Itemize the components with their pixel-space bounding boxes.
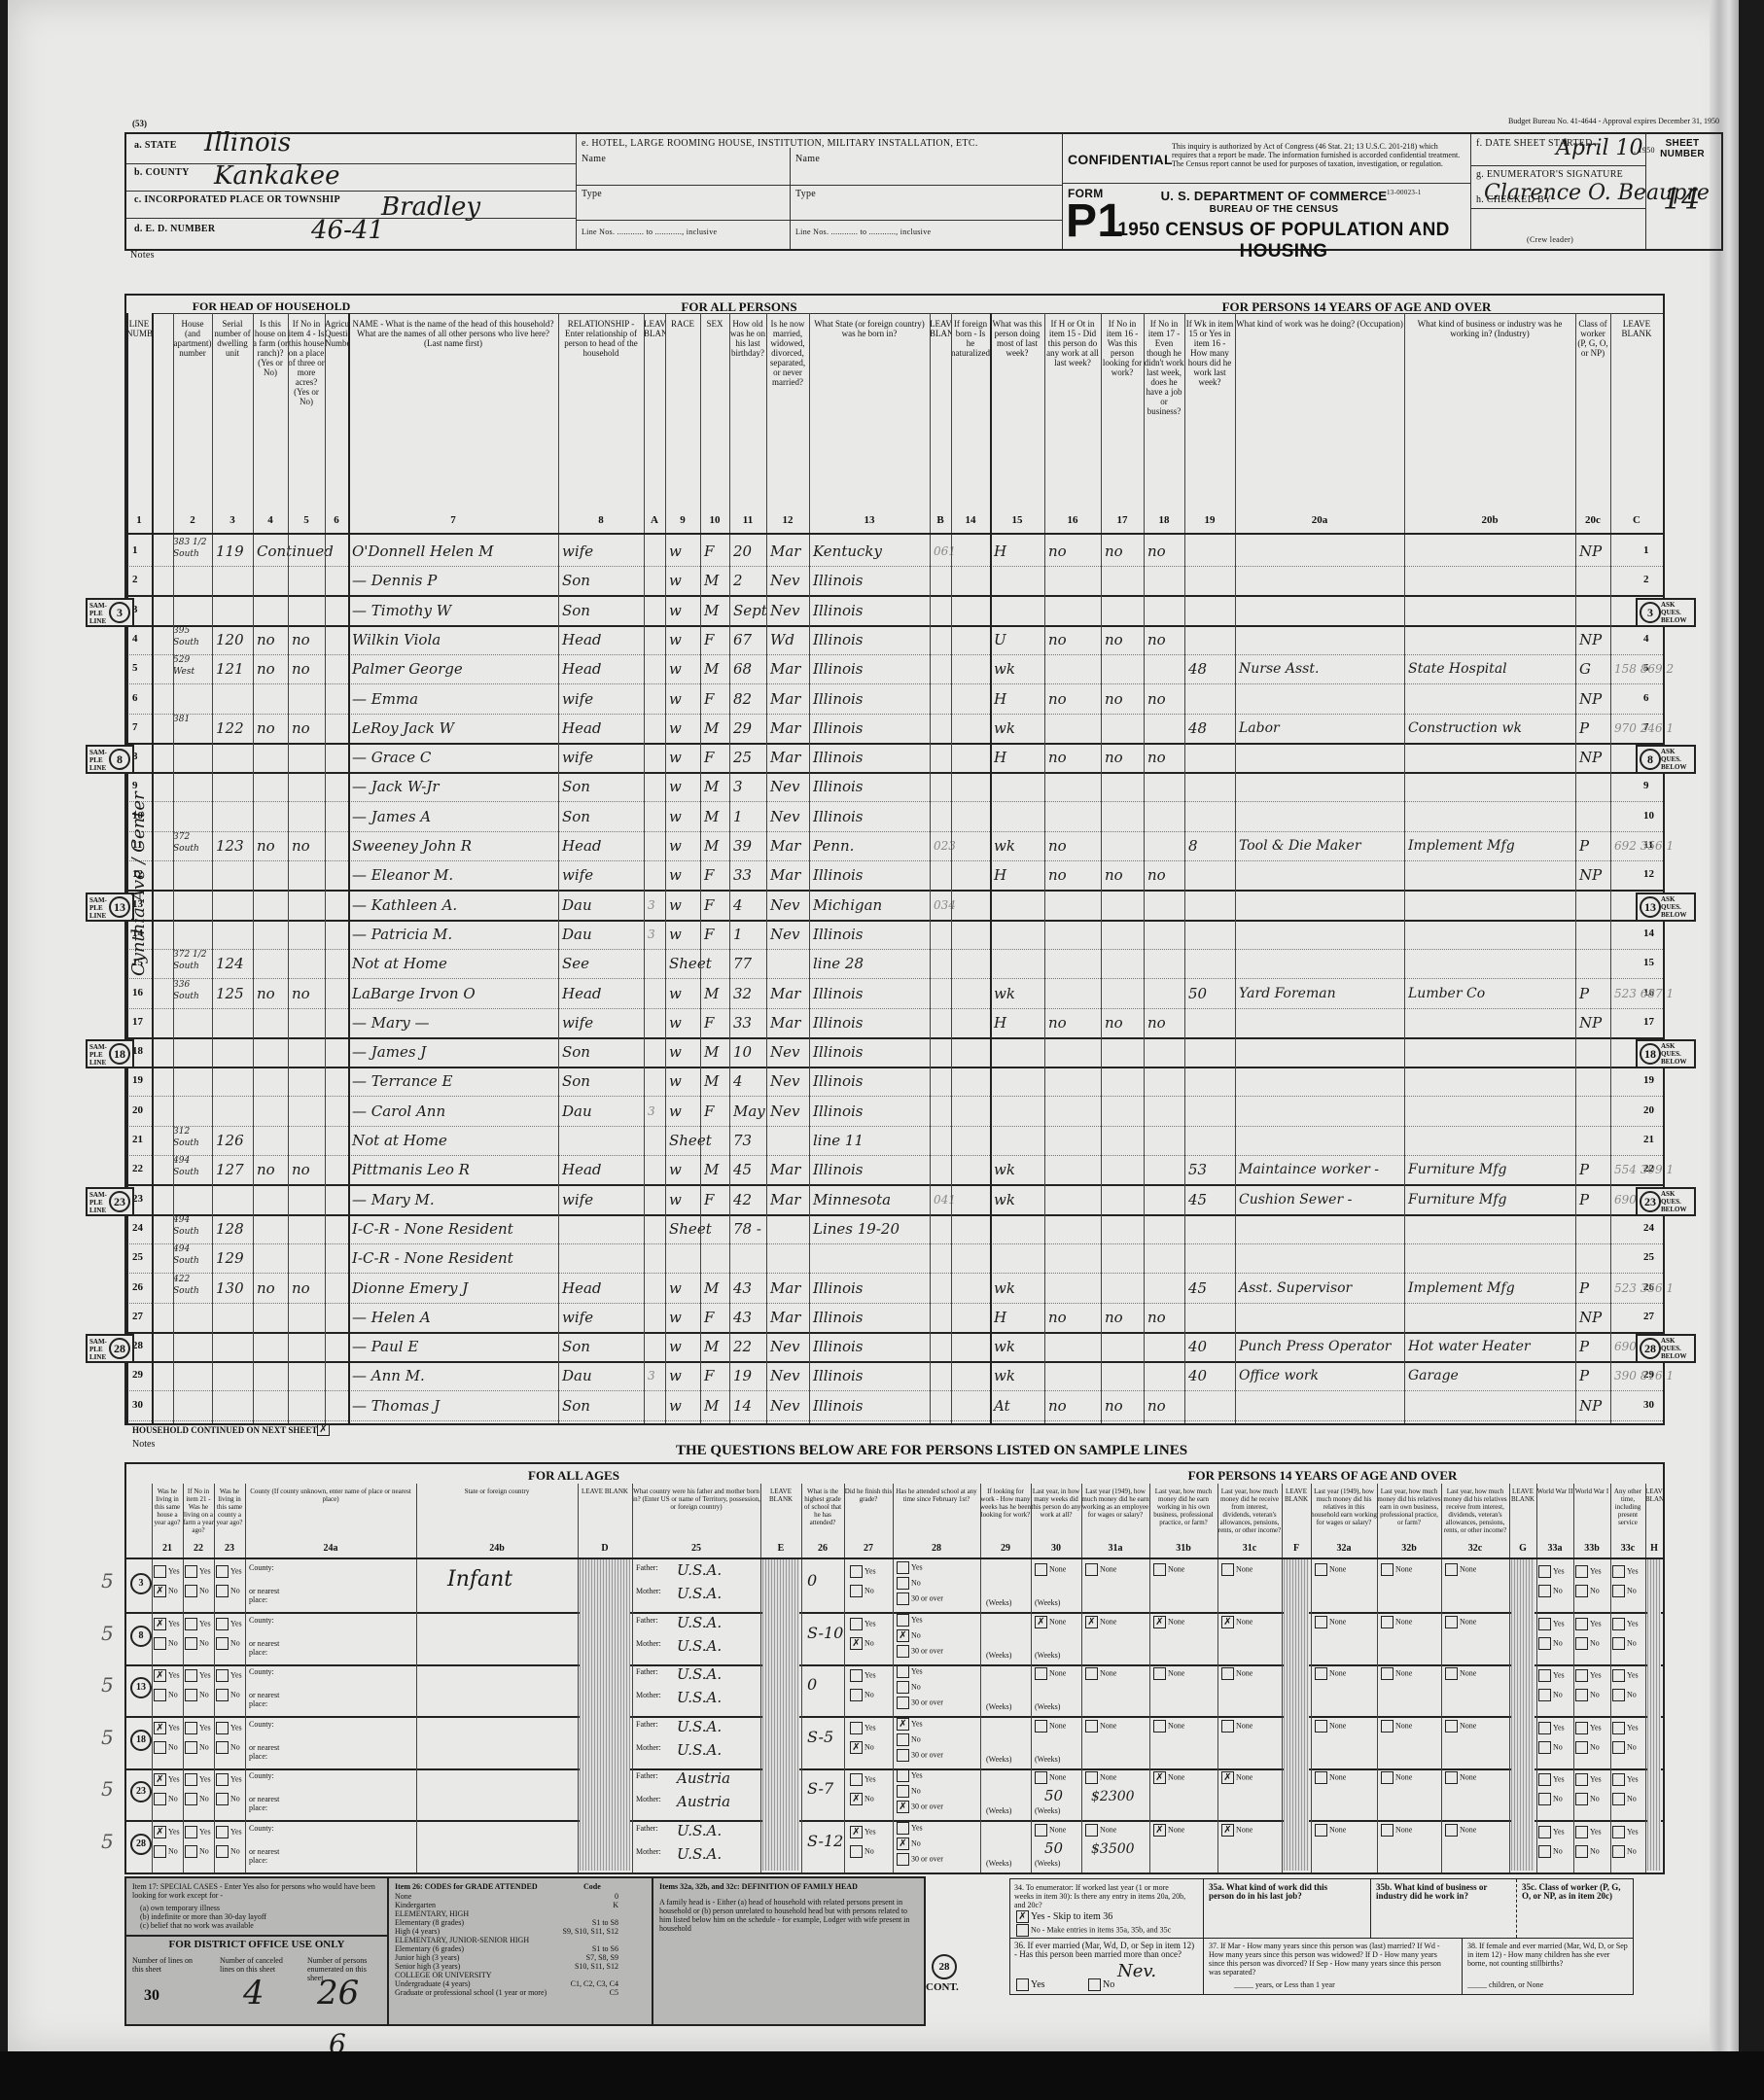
- checkbox[interactable]: ✗: [1221, 1771, 1234, 1784]
- checkbox[interactable]: [185, 1741, 197, 1754]
- sample-row: 235✗YesNoYesNoYesNoCounty:or nearest pla…: [126, 1767, 1663, 1822]
- q32a-none[interactable]: None: [1315, 1667, 1346, 1680]
- checkbox[interactable]: [1575, 1637, 1588, 1650]
- checkbox[interactable]: ✗: [1221, 1616, 1234, 1628]
- checkbox[interactable]: [154, 1689, 166, 1701]
- checkbox[interactable]: [1035, 1667, 1047, 1680]
- checkbox[interactable]: [1575, 1741, 1588, 1754]
- q27-yes[interactable]: Yes: [850, 1618, 876, 1630]
- checkbox[interactable]: [1035, 1824, 1047, 1837]
- q33b-no[interactable]: No: [1575, 1845, 1600, 1858]
- checkbox[interactable]: [897, 1681, 909, 1694]
- checkbox[interactable]: ✗: [154, 1618, 166, 1630]
- household-continued-checkbox[interactable]: ✗: [317, 1423, 330, 1436]
- checkbox[interactable]: [1153, 1563, 1166, 1576]
- q32c-none[interactable]: None: [1445, 1616, 1476, 1628]
- checkbox[interactable]: [897, 1645, 909, 1658]
- q28-no[interactable]: No: [897, 1577, 921, 1590]
- q33c-no[interactable]: No: [1612, 1845, 1637, 1858]
- checkbox[interactable]: [897, 1749, 909, 1762]
- cell-marital: Nev: [770, 1332, 809, 1359]
- q27-no[interactable]: No: [850, 1689, 874, 1701]
- q32c-none[interactable]: None: [1445, 1824, 1476, 1837]
- q33c-no[interactable]: No: [1612, 1585, 1637, 1597]
- checkbox[interactable]: [1575, 1722, 1588, 1734]
- q32c-none[interactable]: None: [1445, 1720, 1476, 1732]
- checkbox[interactable]: ✗: [154, 1669, 166, 1682]
- checkbox[interactable]: [216, 1773, 229, 1786]
- q27-yes[interactable]: Yes: [850, 1773, 876, 1786]
- checkbox[interactable]: ✗: [897, 1629, 909, 1642]
- q31b-none[interactable]: None: [1153, 1720, 1184, 1732]
- checkbox[interactable]: [850, 1722, 863, 1734]
- q30-none[interactable]: None: [1035, 1771, 1066, 1784]
- q33c-no[interactable]: No: [1612, 1741, 1637, 1754]
- q33a-yes[interactable]: Yes: [1538, 1773, 1565, 1786]
- q33a-yes[interactable]: Yes: [1538, 1669, 1565, 1682]
- checkbox[interactable]: [850, 1585, 863, 1597]
- q21-no[interactable]: No: [154, 1741, 178, 1754]
- checkbox[interactable]: [185, 1722, 197, 1734]
- q33b-no[interactable]: No: [1575, 1741, 1600, 1754]
- q23-yes[interactable]: Yes: [216, 1773, 242, 1786]
- checkbox[interactable]: [216, 1689, 229, 1701]
- checkbox[interactable]: [1538, 1618, 1551, 1630]
- q31a-none[interactable]: None: [1085, 1667, 1116, 1680]
- checkbox[interactable]: [1538, 1741, 1551, 1754]
- checkbox[interactable]: [1612, 1565, 1625, 1578]
- checkbox[interactable]: [154, 1845, 166, 1858]
- checkbox[interactable]: [154, 1565, 166, 1578]
- checkbox[interactable]: [1153, 1667, 1166, 1680]
- checkbox[interactable]: [1538, 1722, 1551, 1734]
- checkbox[interactable]: [1445, 1771, 1458, 1784]
- q31c-none[interactable]: None: [1221, 1563, 1252, 1576]
- checkbox[interactable]: [1315, 1616, 1327, 1628]
- checkbox[interactable]: [1538, 1637, 1551, 1650]
- q23-no[interactable]: No: [216, 1845, 240, 1858]
- q33b-no[interactable]: No: [1575, 1637, 1600, 1650]
- q28-no[interactable]: No: [897, 1681, 921, 1694]
- checkbox[interactable]: [1575, 1773, 1588, 1786]
- checkbox[interactable]: ✗: [850, 1637, 863, 1650]
- checkbox[interactable]: [850, 1669, 863, 1682]
- q30-none[interactable]: None: [1035, 1667, 1066, 1680]
- checkbox[interactable]: ✗: [154, 1585, 166, 1597]
- checkbox[interactable]: [1575, 1669, 1588, 1682]
- q27-yes[interactable]: Yes: [850, 1565, 876, 1578]
- checkbox[interactable]: [1381, 1824, 1394, 1837]
- checkbox[interactable]: [897, 1853, 909, 1866]
- q27-yes[interactable]: ✗Yes: [850, 1826, 876, 1838]
- q23-yes[interactable]: Yes: [216, 1722, 242, 1734]
- checkbox[interactable]: [1575, 1793, 1588, 1805]
- q28-30-or-over[interactable]: ✗30 or over: [897, 1801, 943, 1813]
- q21-yes[interactable]: Yes: [154, 1565, 180, 1578]
- checkbox[interactable]: [1612, 1741, 1625, 1754]
- checkbox[interactable]: [897, 1733, 909, 1746]
- q28-30-or-over[interactable]: 30 or over: [897, 1697, 943, 1709]
- checkbox[interactable]: [1315, 1771, 1327, 1784]
- q28-yes[interactable]: Yes: [897, 1769, 923, 1782]
- q32b-none[interactable]: None: [1381, 1563, 1412, 1576]
- checkbox[interactable]: [1538, 1689, 1551, 1701]
- q27-yes[interactable]: Yes: [850, 1669, 876, 1682]
- checkbox[interactable]: [1575, 1618, 1588, 1630]
- q30-none[interactable]: None: [1035, 1824, 1066, 1837]
- checkbox[interactable]: ✗: [850, 1826, 863, 1838]
- q36-no[interactable]: No: [1088, 1978, 1114, 1991]
- checkbox[interactable]: [850, 1773, 863, 1786]
- checkbox[interactable]: [1612, 1793, 1625, 1805]
- checkbox[interactable]: [185, 1637, 197, 1650]
- checkbox[interactable]: [1035, 1563, 1047, 1576]
- q33c-yes[interactable]: Yes: [1612, 1618, 1639, 1630]
- q23-no[interactable]: No: [216, 1793, 240, 1805]
- checkbox[interactable]: [1153, 1720, 1166, 1732]
- checkbox[interactable]: [1381, 1771, 1394, 1784]
- q31b-none[interactable]: ✗None: [1153, 1824, 1184, 1837]
- checkbox[interactable]: [897, 1577, 909, 1590]
- checkbox[interactable]: [1381, 1720, 1394, 1732]
- checkbox[interactable]: [1575, 1689, 1588, 1701]
- q22-no[interactable]: No: [185, 1689, 209, 1701]
- q22-yes[interactable]: Yes: [185, 1565, 211, 1578]
- checkbox[interactable]: [185, 1826, 197, 1838]
- checkbox[interactable]: [1381, 1667, 1394, 1680]
- checkbox[interactable]: [1085, 1824, 1098, 1837]
- checkbox[interactable]: [216, 1565, 229, 1578]
- q28-30-or-over[interactable]: 30 or over: [897, 1592, 943, 1605]
- q31a-none[interactable]: None: [1085, 1720, 1116, 1732]
- q27-no[interactable]: ✗No: [850, 1637, 874, 1650]
- q34-no[interactable]: No - Make entries in items 35a, 35b, and…: [1016, 1924, 1171, 1937]
- q30-none[interactable]: None: [1035, 1563, 1066, 1576]
- cell-farm: [257, 1037, 288, 1065]
- checkbox[interactable]: [1445, 1824, 1458, 1837]
- checkbox[interactable]: [897, 1697, 909, 1709]
- q31c-none[interactable]: ✗None: [1221, 1616, 1252, 1628]
- q32b-none[interactable]: None: [1381, 1771, 1412, 1784]
- checkbox[interactable]: [1085, 1667, 1098, 1680]
- q22-no[interactable]: No: [185, 1741, 209, 1754]
- q21-yes[interactable]: ✗Yes: [154, 1618, 180, 1630]
- q36-yes[interactable]: Yes: [1016, 1978, 1045, 1991]
- checkbox[interactable]: [185, 1773, 197, 1786]
- q31b-none[interactable]: ✗None: [1153, 1771, 1184, 1784]
- checkbox[interactable]: [154, 1637, 166, 1650]
- q33a-no[interactable]: No: [1538, 1637, 1563, 1650]
- q22-yes[interactable]: Yes: [185, 1773, 211, 1786]
- checkbox[interactable]: ✗: [154, 1722, 166, 1734]
- checkbox[interactable]: [185, 1585, 197, 1597]
- q22-yes[interactable]: Yes: [185, 1669, 211, 1682]
- checkbox[interactable]: [185, 1565, 197, 1578]
- checkbox[interactable]: [897, 1822, 909, 1835]
- checkbox[interactable]: ✗: [1221, 1824, 1234, 1837]
- checkbox[interactable]: ✗: [850, 1741, 863, 1754]
- checkbox[interactable]: [1445, 1563, 1458, 1576]
- q28-yes[interactable]: Yes: [897, 1614, 923, 1627]
- q33a-no[interactable]: No: [1538, 1793, 1563, 1805]
- checkbox[interactable]: [850, 1845, 863, 1858]
- q28-30-or-over[interactable]: 30 or over: [897, 1645, 943, 1658]
- q31c-none[interactable]: None: [1221, 1720, 1252, 1732]
- q33c-no[interactable]: No: [1612, 1793, 1637, 1805]
- q32b-none[interactable]: None: [1381, 1824, 1412, 1837]
- checkbox[interactable]: ✗: [1153, 1771, 1166, 1784]
- q33c-yes[interactable]: Yes: [1612, 1826, 1639, 1838]
- q27-no[interactable]: No: [850, 1845, 874, 1858]
- checkbox[interactable]: [216, 1741, 229, 1754]
- q33b-yes[interactable]: Yes: [1575, 1722, 1602, 1734]
- checkbox[interactable]: [1085, 1563, 1098, 1576]
- checkbox[interactable]: [216, 1669, 229, 1682]
- checkbox[interactable]: [1035, 1771, 1047, 1784]
- checkbox[interactable]: [897, 1665, 909, 1678]
- checkbox[interactable]: [216, 1793, 229, 1805]
- checkbox[interactable]: [850, 1689, 863, 1701]
- q28-no[interactable]: ✗No: [897, 1629, 921, 1642]
- checkbox[interactable]: [1221, 1563, 1234, 1576]
- q28-no[interactable]: No: [897, 1733, 921, 1746]
- checkbox[interactable]: [897, 1614, 909, 1627]
- checkbox[interactable]: ✗: [1153, 1616, 1166, 1628]
- q22-no[interactable]: No: [185, 1637, 209, 1650]
- checkbox[interactable]: [1085, 1720, 1098, 1732]
- checkbox[interactable]: [216, 1845, 229, 1858]
- q21-no[interactable]: No: [154, 1637, 178, 1650]
- checkbox[interactable]: [1612, 1826, 1625, 1838]
- checkbox[interactable]: [1381, 1563, 1394, 1576]
- q21-yes[interactable]: ✗Yes: [154, 1669, 180, 1682]
- q23-no[interactable]: No: [216, 1689, 240, 1701]
- q32a-none[interactable]: None: [1315, 1824, 1346, 1837]
- cell-race: w: [669, 1274, 700, 1301]
- checkbox[interactable]: [1315, 1667, 1327, 1680]
- q33a-yes[interactable]: Yes: [1538, 1826, 1565, 1838]
- q34-yes[interactable]: ✗Yes - Skip to item 36: [1016, 1910, 1112, 1923]
- checkbox[interactable]: ✗: [154, 1773, 166, 1786]
- q32b-none[interactable]: None: [1381, 1616, 1412, 1628]
- q27-no[interactable]: ✗No: [850, 1741, 874, 1754]
- q27-yes[interactable]: Yes: [850, 1722, 876, 1734]
- q31c-none[interactable]: None: [1221, 1667, 1252, 1680]
- q32c-none[interactable]: None: [1445, 1667, 1476, 1680]
- checkbox[interactable]: [185, 1845, 197, 1858]
- q32a-none[interactable]: None: [1315, 1616, 1346, 1628]
- q31c-none[interactable]: ✗None: [1221, 1824, 1252, 1837]
- checkbox[interactable]: ✗: [1153, 1824, 1166, 1837]
- checkbox[interactable]: [1445, 1667, 1458, 1680]
- checkbox[interactable]: [1538, 1826, 1551, 1838]
- q28-no[interactable]: No: [897, 1785, 921, 1798]
- checkbox[interactable]: [216, 1722, 229, 1734]
- checkbox[interactable]: [1381, 1616, 1394, 1628]
- checkbox[interactable]: [1315, 1563, 1327, 1576]
- checkbox[interactable]: [216, 1618, 229, 1630]
- checkbox[interactable]: [897, 1561, 909, 1574]
- checkbox[interactable]: [216, 1826, 229, 1838]
- q21-yes[interactable]: ✗Yes: [154, 1826, 180, 1838]
- checkbox[interactable]: ✗: [897, 1837, 909, 1850]
- checkbox[interactable]: [1538, 1565, 1551, 1578]
- q21-no[interactable]: No: [154, 1689, 178, 1701]
- checkbox[interactable]: ✗: [850, 1793, 863, 1805]
- q28-yes[interactable]: Yes: [897, 1561, 923, 1574]
- checkbox[interactable]: [850, 1565, 863, 1578]
- q33a-no[interactable]: No: [1538, 1689, 1563, 1701]
- q22-no[interactable]: No: [185, 1845, 209, 1858]
- q33a-no[interactable]: No: [1538, 1585, 1563, 1597]
- q31c-none[interactable]: ✗None: [1221, 1771, 1252, 1784]
- checkbox[interactable]: ✗: [1035, 1616, 1047, 1628]
- q33b-yes[interactable]: Yes: [1575, 1826, 1602, 1838]
- checkbox[interactable]: [897, 1592, 909, 1605]
- checkbox[interactable]: [1538, 1773, 1551, 1786]
- checkbox[interactable]: [897, 1769, 909, 1782]
- q33b-yes[interactable]: Yes: [1575, 1669, 1602, 1682]
- checkbox[interactable]: [185, 1618, 197, 1630]
- checkbox[interactable]: [1575, 1826, 1588, 1838]
- q30-none[interactable]: ✗None: [1035, 1616, 1066, 1628]
- q28-30-or-over[interactable]: 30 or over: [897, 1853, 943, 1866]
- checkbox[interactable]: [1612, 1637, 1625, 1650]
- checkbox[interactable]: ✗: [1085, 1616, 1098, 1628]
- checkbox[interactable]: [185, 1669, 197, 1682]
- q33c-yes[interactable]: Yes: [1612, 1722, 1639, 1734]
- column-header-4: Is this house on a farm (or ranch)? (Yes…: [253, 319, 288, 509]
- q21-yes[interactable]: ✗Yes: [154, 1722, 180, 1734]
- q33a-yes[interactable]: Yes: [1538, 1565, 1565, 1578]
- q33a-no[interactable]: No: [1538, 1741, 1563, 1754]
- q33a-no[interactable]: No: [1538, 1845, 1563, 1858]
- checkbox[interactable]: [1538, 1845, 1551, 1858]
- checkbox[interactable]: [1575, 1565, 1588, 1578]
- checkbox[interactable]: [1035, 1720, 1047, 1732]
- q33b-yes[interactable]: Yes: [1575, 1773, 1602, 1786]
- q32b-none[interactable]: None: [1381, 1720, 1412, 1732]
- q28-no[interactable]: ✗No: [897, 1837, 921, 1850]
- q31b-none[interactable]: None: [1153, 1563, 1184, 1576]
- q32a-none[interactable]: None: [1315, 1771, 1346, 1784]
- q33c-yes[interactable]: Yes: [1612, 1565, 1639, 1578]
- checkbox[interactable]: [850, 1618, 863, 1630]
- column-divider: [1044, 313, 1045, 1423]
- q21-no[interactable]: ✗No: [154, 1585, 178, 1597]
- checkbox[interactable]: [216, 1637, 229, 1650]
- q31a-none[interactable]: None: [1085, 1824, 1116, 1837]
- q31a-none[interactable]: None: [1085, 1771, 1116, 1784]
- q22-no[interactable]: No: [185, 1585, 209, 1597]
- q28-yes[interactable]: Yes: [897, 1822, 923, 1835]
- checkbox[interactable]: [1612, 1722, 1625, 1734]
- checkbox[interactable]: [1538, 1669, 1551, 1682]
- sample-column-header-33b: World War I: [1573, 1487, 1610, 1540]
- q21-no[interactable]: No: [154, 1845, 178, 1858]
- q33c-yes[interactable]: Yes: [1612, 1773, 1639, 1786]
- checkbox[interactable]: [1221, 1667, 1234, 1680]
- checkbox[interactable]: [1538, 1793, 1551, 1805]
- checkbox[interactable]: [1085, 1771, 1098, 1784]
- checkbox[interactable]: [1315, 1720, 1327, 1732]
- q23-yes[interactable]: Yes: [216, 1669, 242, 1682]
- q22-yes[interactable]: Yes: [185, 1722, 211, 1734]
- q23-no[interactable]: No: [216, 1585, 240, 1597]
- q23-yes[interactable]: Yes: [216, 1618, 242, 1630]
- q28-yes[interactable]: ✗Yes: [897, 1718, 923, 1731]
- q22-yes[interactable]: Yes: [185, 1618, 211, 1630]
- checkbox[interactable]: [185, 1689, 197, 1701]
- q23-no[interactable]: No: [216, 1741, 240, 1754]
- checkbox[interactable]: [154, 1793, 166, 1805]
- q28-yes[interactable]: Yes: [897, 1665, 923, 1678]
- checkbox[interactable]: [1612, 1845, 1625, 1858]
- q32c-none[interactable]: None: [1445, 1771, 1476, 1784]
- checkbox[interactable]: [1221, 1720, 1234, 1732]
- checkbox[interactable]: ✗: [897, 1801, 909, 1813]
- q21-yes[interactable]: ✗Yes: [154, 1773, 180, 1786]
- q31b-none[interactable]: ✗None: [1153, 1616, 1184, 1628]
- q33b-no[interactable]: No: [1575, 1585, 1600, 1597]
- checkbox[interactable]: [185, 1793, 197, 1805]
- q33b-no[interactable]: No: [1575, 1689, 1600, 1701]
- q27-no[interactable]: ✗No: [850, 1793, 874, 1805]
- q33a-yes[interactable]: Yes: [1538, 1618, 1565, 1630]
- checkbox[interactable]: [1445, 1720, 1458, 1732]
- q21-no[interactable]: No: [154, 1793, 178, 1805]
- q33c-no[interactable]: No: [1612, 1637, 1637, 1650]
- q23-yes[interactable]: Yes: [216, 1565, 242, 1578]
- checkbox[interactable]: ✗: [154, 1826, 166, 1838]
- q32c-none[interactable]: None: [1445, 1563, 1476, 1576]
- checkbox[interactable]: [1575, 1845, 1588, 1858]
- q32a-none[interactable]: None: [1315, 1720, 1346, 1732]
- q27-no[interactable]: No: [850, 1585, 874, 1597]
- q31a-none[interactable]: None: [1085, 1563, 1116, 1576]
- q22-no[interactable]: No: [185, 1793, 209, 1805]
- q23-no[interactable]: No: [216, 1637, 240, 1650]
- checkbox[interactable]: [216, 1585, 229, 1597]
- checkbox[interactable]: [1612, 1773, 1625, 1786]
- q31b-none[interactable]: None: [1153, 1667, 1184, 1680]
- q28-30-or-over[interactable]: 30 or over: [897, 1749, 943, 1762]
- q22-yes[interactable]: Yes: [185, 1826, 211, 1838]
- q33b-no[interactable]: No: [1575, 1793, 1600, 1805]
- checkbox[interactable]: [1612, 1689, 1625, 1701]
- checkbox[interactable]: [1612, 1618, 1625, 1630]
- q23-yes[interactable]: Yes: [216, 1826, 242, 1838]
- q33b-yes[interactable]: Yes: [1575, 1565, 1602, 1578]
- checkbox[interactable]: ✗: [897, 1718, 909, 1731]
- checkbox[interactable]: [1538, 1585, 1551, 1597]
- q33a-yes[interactable]: Yes: [1538, 1722, 1565, 1734]
- checkbox[interactable]: [1315, 1824, 1327, 1837]
- checkbox[interactable]: [1612, 1669, 1625, 1682]
- checkbox[interactable]: [1612, 1585, 1625, 1597]
- q30-none[interactable]: None: [1035, 1720, 1066, 1732]
- q31a-none[interactable]: ✗None: [1085, 1616, 1116, 1628]
- checkbox[interactable]: [1575, 1585, 1588, 1597]
- q32a-none[interactable]: None: [1315, 1563, 1346, 1576]
- q33c-yes[interactable]: Yes: [1612, 1669, 1639, 1682]
- checkbox[interactable]: [1445, 1616, 1458, 1628]
- q33c-no[interactable]: No: [1612, 1689, 1637, 1701]
- checkbox[interactable]: [897, 1785, 909, 1798]
- q33b-yes[interactable]: Yes: [1575, 1618, 1602, 1630]
- checkbox[interactable]: [154, 1741, 166, 1754]
- q32b-none[interactable]: None: [1381, 1667, 1412, 1680]
